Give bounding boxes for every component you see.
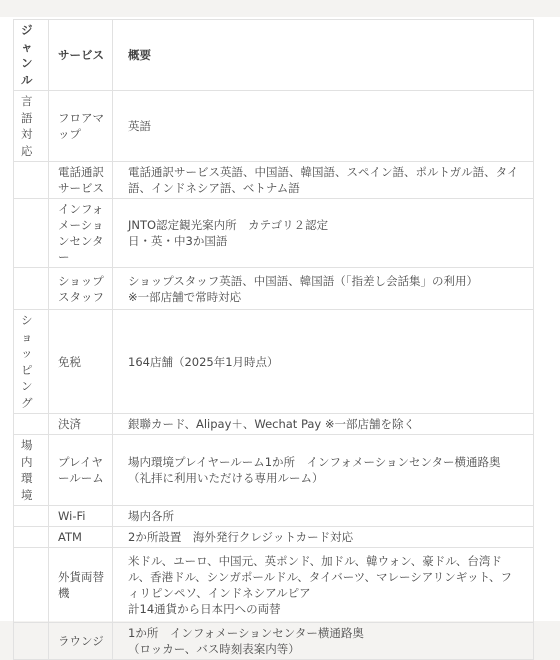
table-row: 外貨両替機米ドル、ユーロ、中国元、英ポンド、加ドル、韓ウォン、豪ドル、台湾ドル、…	[14, 548, 534, 623]
service-cell: 免税	[49, 310, 113, 414]
table-row: 決済銀聯カード、Alipay＋、Wechat Pay ※一部店舗を除く	[14, 414, 534, 435]
overview-line: 英語	[128, 118, 521, 134]
genre-cell	[14, 162, 49, 199]
service-cell: ATM	[49, 527, 113, 548]
service-cell: フロアマップ	[49, 91, 113, 162]
table-row: インフォメーションセンターJNTO認定観光案内所 カテゴリ２認定日・英・中3か国…	[14, 199, 534, 268]
overview-cell: 米ドル、ユーロ、中国元、英ポンド、加ドル、韓ウォン、豪ドル、台湾ドル、香港ドル、…	[113, 548, 534, 623]
table-row: 言語対応フロアマップ英語	[14, 91, 534, 162]
service-cell: Wi-Fi	[49, 506, 113, 527]
overview-line: 場内各所	[128, 508, 521, 524]
header-overview: 概要	[113, 20, 534, 91]
genre-cell	[14, 506, 49, 527]
header-genre: ジャンル	[14, 20, 49, 91]
overview-cell: ショップスタッフ英語、中国語、韓国語（「指差し会話集」の利用）※一部店舗で常時対…	[113, 268, 534, 310]
overview-line: 場内環境プレイヤールーム1か所 インフォメーションセンター横通路奥	[128, 454, 521, 470]
overview-line: ショップスタッフ英語、中国語、韓国語（「指差し会話集」の利用）	[128, 273, 521, 289]
genre-cell	[14, 623, 49, 641]
genre-cell	[14, 527, 49, 548]
genre-cell	[14, 414, 49, 435]
overview-line: JNTO認定観光案内所 カテゴリ２認定	[128, 217, 521, 233]
genre-cell: 場内環境	[14, 435, 49, 506]
table-row: ラウンジ1か所 インフォメーションセンター横通路奥（ロッカー、バス時刻表案内等）	[14, 623, 534, 641]
overview-cell: JNTO認定観光案内所 カテゴリ２認定日・英・中3か国語	[113, 199, 534, 268]
genre-cell	[14, 548, 49, 623]
genre-cell	[14, 268, 49, 310]
service-cell: ラウンジ	[49, 623, 113, 641]
overview-line: 計14通貨から日本円への両替	[128, 601, 521, 617]
facility-service-table: ジャンル サービス 概要 言語対応フロアマップ英語電話通訳サービス電話通訳サービ…	[13, 19, 534, 640]
table-row: Wi-Fi場内各所	[14, 506, 534, 527]
overview-line: 米ドル、ユーロ、中国元、英ポンド、加ドル、韓ウォン、豪ドル、台湾ドル、香港ドル、…	[128, 553, 521, 601]
genre-cell: 言語対応	[14, 91, 49, 162]
table-row: 場内環境プレイヤールーム場内環境プレイヤールーム1か所 インフォメーションセンタ…	[14, 435, 534, 506]
content-area: ジャンル サービス 概要 言語対応フロアマップ英語電話通訳サービス電話通訳サービ…	[0, 17, 560, 621]
overview-cell: 場内環境プレイヤールーム1か所 インフォメーションセンター横通路奥（礼拝に利用い…	[113, 435, 534, 506]
overview-line: 電話通訳サービス英語、中国語、韓国語、スペイン語、ポルトガル語、タイ語、インドネ…	[128, 164, 521, 196]
genre-cell	[14, 199, 49, 268]
overview-cell: 1か所 インフォメーションセンター横通路奥（ロッカー、バス時刻表案内等）	[113, 623, 534, 641]
overview-line: ※一部店舗で常時対応	[128, 289, 521, 305]
overview-cell: 場内各所	[113, 506, 534, 527]
table-row: 電話通訳サービス電話通訳サービス英語、中国語、韓国語、スペイン語、ポルトガル語、…	[14, 162, 534, 199]
overview-cell: 2か所設置 海外発行クレジットカード対応	[113, 527, 534, 548]
overview-line: 1か所 インフォメーションセンター横通路奥	[128, 625, 521, 640]
overview-cell: 164店舗（2025年1月時点）	[113, 310, 534, 414]
service-cell: 電話通訳サービス	[49, 162, 113, 199]
genre-cell: ショッピング	[14, 310, 49, 414]
service-cell: プレイヤールーム	[49, 435, 113, 506]
overview-cell: 銀聯カード、Alipay＋、Wechat Pay ※一部店舗を除く	[113, 414, 534, 435]
service-cell: 決済	[49, 414, 113, 435]
header-service: サービス	[49, 20, 113, 91]
overview-line: 日・英・中3か国語	[128, 233, 521, 249]
service-cell: インフォメーションセンター	[49, 199, 113, 268]
overview-line: 2か所設置 海外発行クレジットカード対応	[128, 529, 521, 545]
table-row: ATM2か所設置 海外発行クレジットカード対応	[14, 527, 534, 548]
table-row: ショッピング免税164店舗（2025年1月時点）	[14, 310, 534, 414]
overview-cell: 英語	[113, 91, 534, 162]
overview-line: （礼拝に利用いただける専用ルーム）	[128, 470, 521, 486]
overview-line: 銀聯カード、Alipay＋、Wechat Pay ※一部店舗を除く	[128, 416, 521, 432]
overview-cell: 電話通訳サービス英語、中国語、韓国語、スペイン語、ポルトガル語、タイ語、インドネ…	[113, 162, 534, 199]
overview-line: 164店舗（2025年1月時点）	[128, 354, 521, 370]
service-cell: ショップスタッフ	[49, 268, 113, 310]
service-cell: 外貨両替機	[49, 548, 113, 623]
table-header-row: ジャンル サービス 概要	[14, 20, 534, 91]
table-row: ショップスタッフショップスタッフ英語、中国語、韓国語（「指差し会話集」の利用）※…	[14, 268, 534, 310]
